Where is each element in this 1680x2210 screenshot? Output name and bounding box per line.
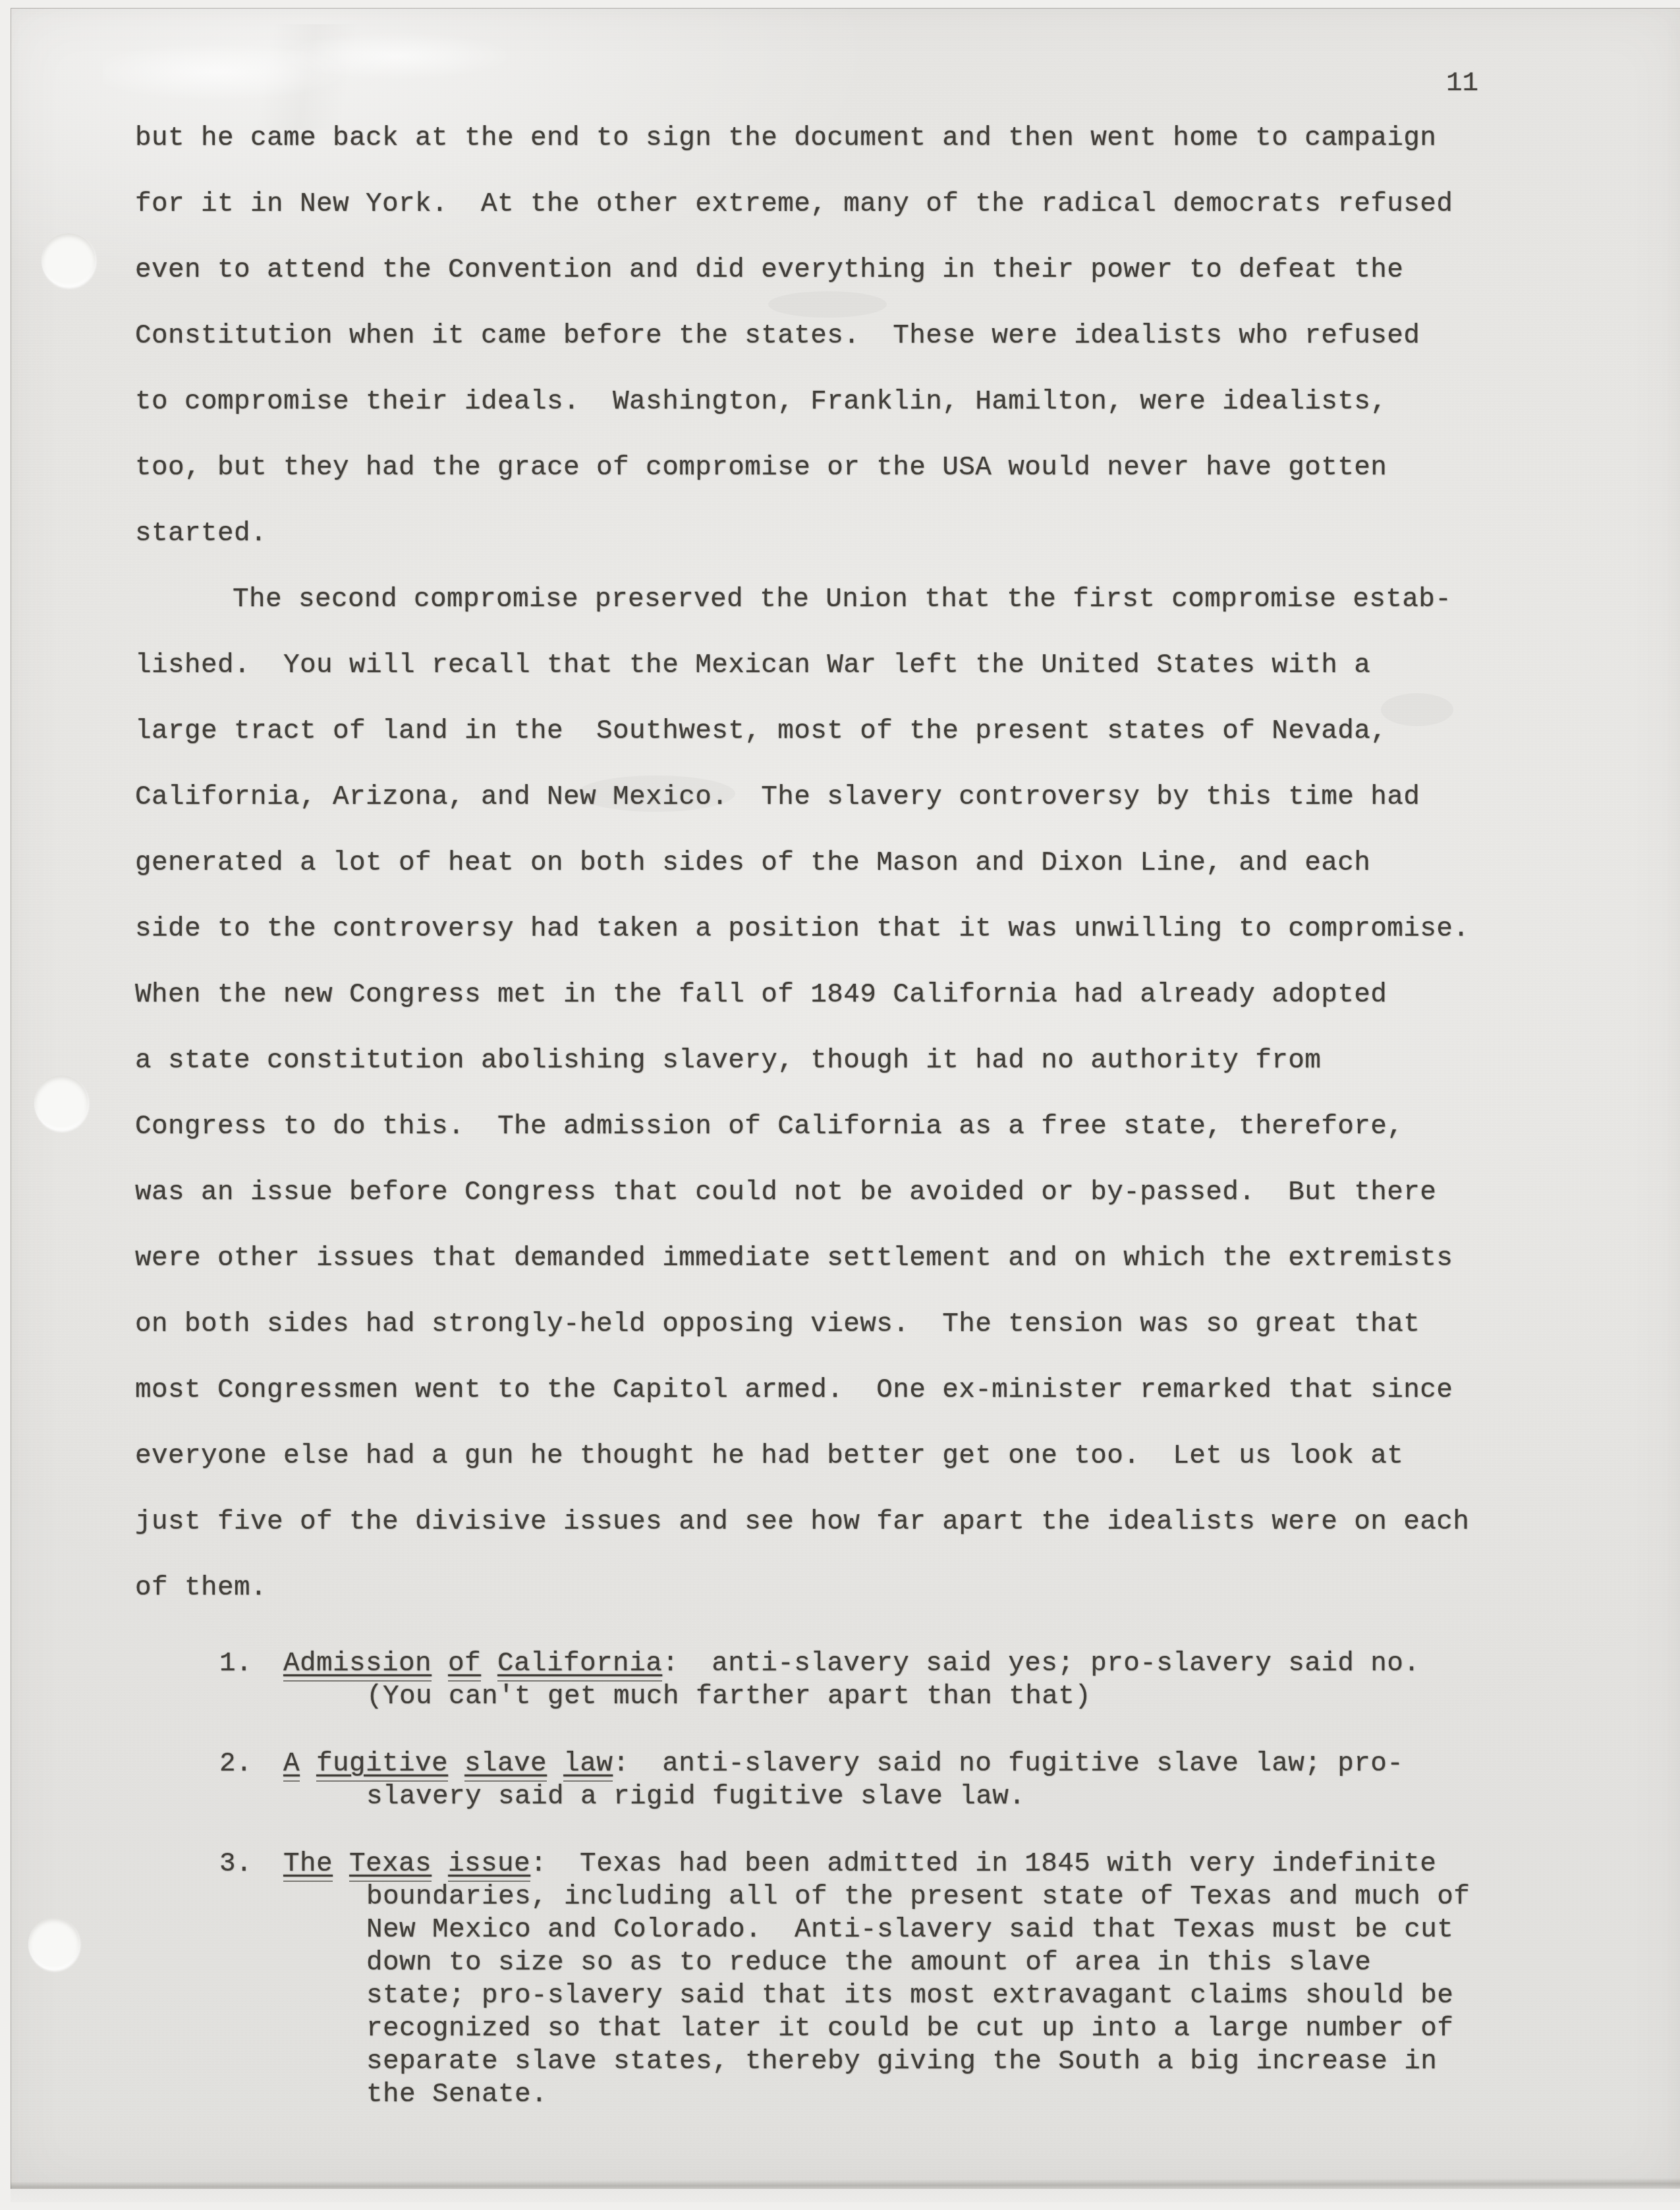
issue-number: 3. (219, 1848, 252, 1881)
issue-item: 3.The Texas issue: Texas had been admitt… (135, 1848, 1532, 2111)
text-line: Constitution when it came before the sta… (135, 303, 1532, 369)
text-line: to compromise their ideals. Washington, … (135, 369, 1532, 435)
issue-title-word: A (283, 1749, 300, 1782)
issue-title-word: fugitive (316, 1749, 448, 1782)
issue-title: Admission of California (283, 1649, 662, 1682)
issue-continuation-line: state; pro-slavery said that its most ex… (283, 1979, 1532, 2012)
issue-continuation-line: New Mexico and Colorado. Anti-slavery sa… (283, 1913, 1532, 1946)
hole-punch (28, 1917, 80, 1970)
paragraph: The second compromise preserved the Unio… (135, 567, 1532, 1621)
issue-continuation-line: the Senate. (283, 2078, 1532, 2111)
page-edge-below-fold (11, 2189, 1680, 2202)
text-line: were other issues that demanded immediat… (135, 1226, 1532, 1291)
text-line: started. (135, 501, 1532, 567)
hole-punch (34, 1075, 88, 1131)
issue-title-word: California (497, 1649, 662, 1682)
issue-title-word: The (283, 1849, 333, 1882)
paragraph: but he came back at the end to sign the … (135, 105, 1532, 567)
issue-number: 1. (219, 1647, 252, 1680)
paper-page: 11 but he came back at the end to sign t… (11, 8, 1680, 2202)
issue-title-word: of (448, 1649, 481, 1682)
issue-title-word: slave (464, 1749, 547, 1782)
text-line: most Congressmen went to the Capitol arm… (135, 1357, 1532, 1423)
issue-continuation-line: (You can't get much farther apart than t… (283, 1680, 1532, 1713)
text-line: California, Arizona, and New Mexico. The… (135, 764, 1532, 830)
body-paragraphs: but he came back at the end to sign the … (135, 105, 1532, 1621)
page-number: 11 (1446, 67, 1478, 100)
issue-continuation-line: boundaries, including all of the present… (283, 1881, 1532, 1913)
text-line: of them. (135, 1555, 1532, 1621)
text-line: even to attend the Convention and did ev… (135, 237, 1532, 303)
issue-title-word: Admission (283, 1649, 432, 1682)
issue-continuation-line: recognized so that later it could be cut… (283, 2012, 1532, 2045)
text-line: on both sides had strongly-held opposing… (135, 1291, 1532, 1357)
hole-punch (42, 233, 96, 287)
issue-continuation-line: slavery said a rigid fugitive slave law. (283, 1780, 1532, 1813)
issue-first-line: Admission of California: anti-slavery sa… (283, 1647, 1532, 1680)
page-content: but he came back at the end to sign the … (135, 105, 1532, 2111)
divisive-issues-list: 1.Admission of California: anti-slavery … (135, 1647, 1532, 2111)
issue-first-line: The Texas issue: Texas had been admitted… (283, 1848, 1532, 1881)
issue-first-line: A fugitive slave law: anti-slavery said … (283, 1747, 1532, 1780)
issue-title: The Texas issue (283, 1849, 530, 1882)
text-line: The second compromise preserved the Unio… (135, 567, 1532, 633)
issue-title-word: issue (448, 1849, 530, 1882)
document-scan: 11 but he came back at the end to sign t… (0, 0, 1680, 2210)
text-line: large tract of land in the Southwest, mo… (135, 698, 1532, 764)
issue-first-line-rest: : anti-slavery said no fugitive slave la… (613, 1749, 1403, 1779)
text-line: lished. You will recall that the Mexican… (135, 633, 1532, 698)
text-line: but he came back at the end to sign the … (135, 105, 1532, 171)
issue-title-word: law (563, 1749, 613, 1782)
text-line: When the new Congress met in the fall of… (135, 962, 1532, 1028)
text-line: too, but they had the grace of compromis… (135, 435, 1532, 501)
issue-continuation-line: down to size so as to reduce the amount … (283, 1946, 1532, 1979)
issue-title: A fugitive slave law (283, 1749, 613, 1782)
issue-first-line-rest: : anti-slavery said yes; pro-slavery sai… (662, 1649, 1420, 1679)
text-line: was an issue before Congress that could … (135, 1160, 1532, 1226)
text-line: generated a lot of heat on both sides of… (135, 830, 1532, 896)
text-line: a state constitution abolishing slavery,… (135, 1028, 1532, 1094)
issue-first-line-rest: : Texas had been admitted in 1845 with v… (530, 1849, 1436, 1879)
text-line: for it in New York. At the other extreme… (135, 171, 1532, 237)
issue-title-word: Texas (349, 1849, 432, 1882)
text-line: everyone else had a gun he thought he ha… (135, 1423, 1532, 1489)
issue-item: 1.Admission of California: anti-slavery … (135, 1647, 1532, 1713)
text-line: just five of the divisive issues and see… (135, 1489, 1532, 1555)
issue-item: 2.A fugitive slave law: anti-slavery sai… (135, 1747, 1532, 1813)
issue-number: 2. (219, 1747, 252, 1780)
scan-background: { "page": { "number": "11", "paragraphs"… (0, 0, 1680, 2210)
issue-continuation-line: separate slave states, thereby giving th… (283, 2045, 1532, 2078)
text-line: Congress to do this. The admission of Ca… (135, 1094, 1532, 1160)
text-line: side to the controversy had taken a posi… (135, 896, 1532, 962)
